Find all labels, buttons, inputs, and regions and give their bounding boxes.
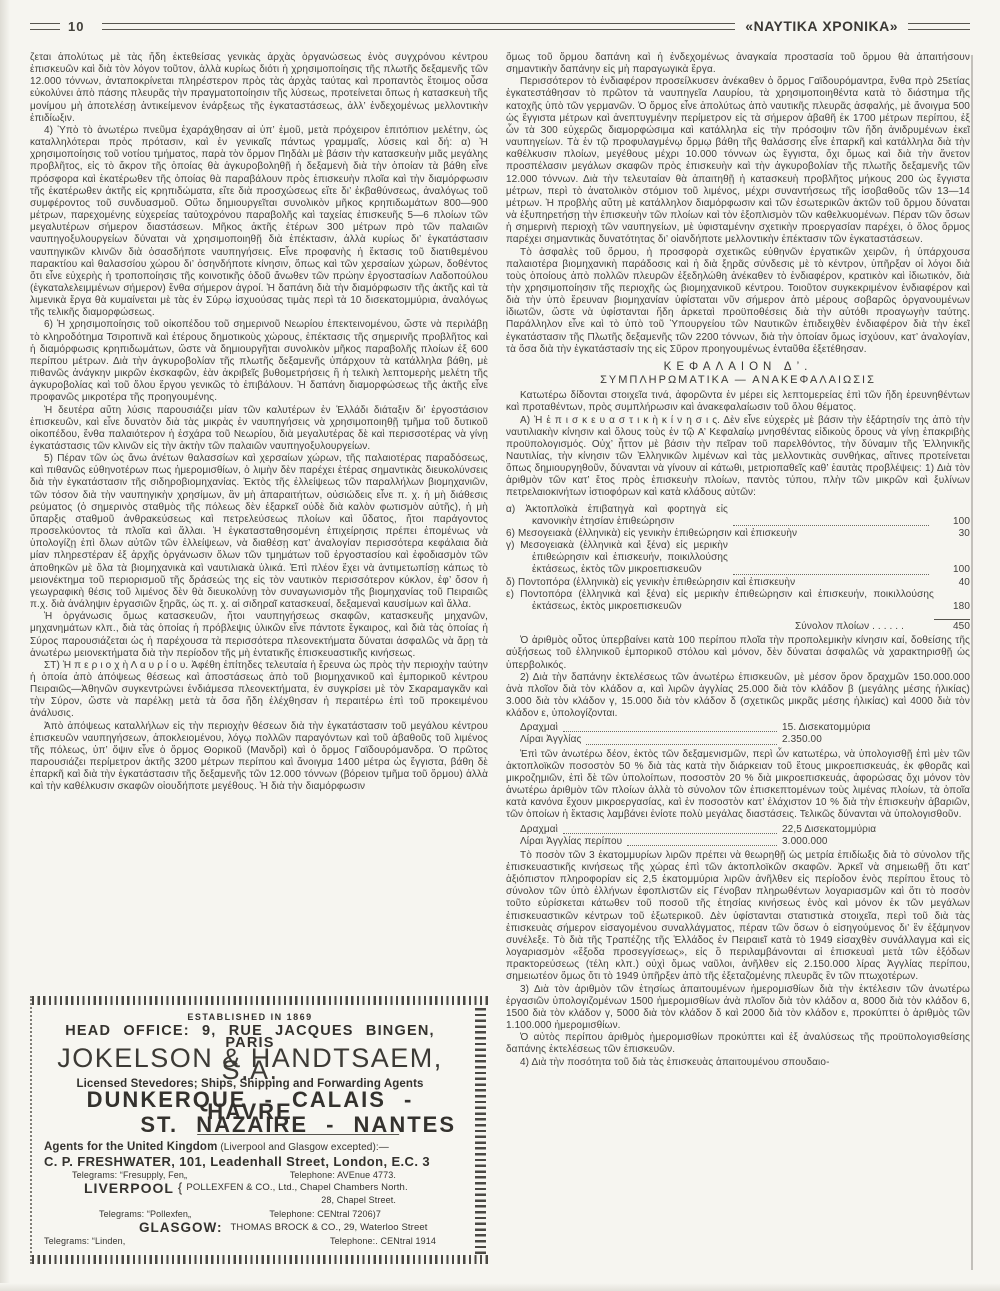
dot-leader [627,845,777,846]
paragraph: 4) Διὰ τὴν ποσότητα τοῦ διὰ τὰς ἐπισκευὰ… [506,1057,970,1069]
ad-liverpool-text: POLLEXFEN & CO., Ltd., Chapel Chambers N… [186,1182,407,1194]
ad-brace: { [178,1182,182,1194]
left-column: ζεται ἀπολύτως μὲ τὰς ἤδη ἐκτεθείσας γεν… [30,52,488,1264]
dot-leader [586,744,777,745]
ad-glasgow-label: GLASGOW: [139,1222,223,1234]
paragraph: 6) Ἡ χρησιμοποίησις τοῦ οἰκοπέδου τοῦ ση… [30,319,488,404]
fleet-row-value: 30 [934,528,970,540]
ad-agents-bold: Agents for the United Kingdom [44,1141,217,1153]
paragraph: 2) Διὰ τὴν δαπάνην ἐκτελέσεως τῶν ἀνωτέρ… [506,672,970,721]
right-column: ὅμως τοῦ ὅρμου δαπάνη καὶ ἡ ἐνδεχομένως … [506,52,970,1264]
dot-leader [563,731,777,732]
fleet-row-label: ε) Ποντοπόρα (ἑλληνικὰ καὶ ξένα) εἰς μερ… [506,589,934,613]
paragraph: Ἐπὶ τῶν ἀνωτέρω δέον, ἐκτὸς τῶν δεξαμενι… [506,749,970,822]
advertisement-jokelson: ESTABLISHED IN 1869 HEAD OFFICE: 9, RUE … [30,996,488,1264]
fleet-row-value: 40 [934,577,970,589]
paragraph: 3) Διὰ τὸν ἀριθμὸν τῶν ἐτησίως ἀπαιτουμέ… [506,984,970,1033]
fleet-row: α) Ἀκτοπλοϊκὰ ἐπιβατηγὰ καὶ φορτηγὰ εἰς … [506,504,970,528]
paragraph: 5) Πέραν τῶν ὡς ἄνω ἀνέτων θαλασσίων καὶ… [30,453,488,611]
cost-label: Δραχμαὶ [506,824,558,836]
cost-value: 22,5 Δισεκατομμύρια [782,824,970,836]
cost-row: Δραχμαὶ 22,5 Δισεκατομμύρια [506,824,970,836]
ad-telegrams-2: Telegrams: “Pollexfen„ [44,1208,191,1220]
cost-value: 2.350.00 [782,734,970,746]
ad-established: ESTABLISHED IN 1869 [44,1011,456,1023]
paragraph: Περισσότερον τὸ ἐνδιαφέρον προσείλκυσεν … [506,76,970,246]
ad-glasgow-text: THOMAS BROCK & CO., 29, Waterloo Street [231,1222,428,1234]
fleet-row-label: γ) Μεσογειακὰ (ἑλληνικὰ καὶ ξένα) εἰς με… [506,540,728,576]
header-rule-middle [102,23,735,30]
ad-liverpool-address2: 28, Chapel Street. [44,1194,456,1206]
chapter-title: ΚΕΦΑΛΑΙΟΝ Δ’. [506,361,970,373]
paragraph: Ἡ δευτέρα αὕτη λύσις παρουσιάζει μίαν τῶ… [30,405,488,454]
fleet-row-label: 6) Μεσογειακὰ (ἑλληνικὰ) εἰς γενικὴν ἐπι… [506,528,934,540]
ad-content: ESTABLISHED IN 1869 HEAD OFFICE: 9, RUE … [44,1011,470,1247]
ad-company-name: JOKELSON & HANDTSAEM, S.A. [44,1052,456,1076]
fleet-row: γ) Μεσογειακὰ (ἑλληνικὰ καὶ ξένα) εἰς με… [506,540,970,576]
scan-edge-left [0,0,10,1291]
paragraph: Τὸ ἀσφαλὲς τοῦ ὅρμου, ἡ προσφορὰ σχετικῶ… [506,247,970,356]
magazine-page: { "page": { "number": "10", "masthead": … [0,0,1000,1291]
header-rule-right [908,23,970,30]
cost-label: Λίραι Ἀγγλίας [506,734,581,746]
cost-row: Λίραι Ἀγγλίας 2.350.00 [506,734,970,746]
ad-contact-row: Telegrams: “Pollexfen„ Telephone: CENtra… [44,1208,456,1220]
chapter-subtitle: ΣΥΜΠΛΗΡΩΜΑΤΙΚΑ — ΑΝΑΚΕΦΑΛΑΙΩΣΙΣ [506,374,970,386]
paragraph: Α) Ἡ ἐ π ι σ κ ε υ α σ τ ι κ ὴ κ ί ν η σ… [506,415,970,500]
fleet-row-value: 100 [934,564,970,576]
ad-telephone-1: Telephone: AVEnue 4773. [290,1169,456,1181]
fleet-table: α) Ἀκτοπλοϊκὰ ἐπιβατηγὰ καὶ φορτηγὰ εἰς … [506,504,970,634]
paragraph: Κατωτέρω δίδονται στοιχεῖα τινά, ἀφορῶντ… [506,390,970,414]
paragraph: ζεται ἀπολύτως μὲ τὰς ἤδη ἐκτεθείσας γεν… [30,52,488,125]
cost-label: Δραχμαὶ [506,722,558,734]
paragraph: Ὁ ἀριθμὸς οὗτος ὑπερβαίνει κατὰ 100 περί… [506,635,970,671]
paragraph: Ἡ ὀργάνωσις ὅμως κατασκευῶν, ἤτοι ναυπηγ… [30,611,488,660]
ad-border-top [32,996,488,1005]
ad-glasgow-row: GLASGOW: THOMAS BROCK & CO., 29, Waterlo… [44,1222,456,1234]
scan-edge-right-line [971,55,973,1270]
ad-border-bottom [32,1255,488,1264]
ad-liverpool-row: LIVERPOOL { POLLEXFEN & CO., Ltd., Chape… [44,1182,456,1194]
fleet-row-value: 100 [934,516,970,528]
cost-label: Λίραι Ἀγγλίας περίπου [506,836,622,848]
fleet-total-value: 450 [934,619,970,633]
scan-edge-bottom [0,1283,1000,1291]
paragraph: ΣΤ) Ἡ π ε ρ ι ο χ ὴ Λ α υ ρ ί ο υ. Ἀφέθη… [30,660,488,721]
fleet-row: 6) Μεσογειακὰ (ἑλληνικὰ) εἰς γενικὴν ἐπι… [506,528,970,540]
two-column-body: ζεται ἀπολύτως μὲ τὰς ἤδη ἐκτεθείσας γεν… [30,52,970,1264]
ad-agents-paren: (Liverpool and Glasgow excepted):— [217,1142,389,1153]
paragraph: Τὸ ποσὸν τῶν 3 ἑκατομμυρίων λιρῶν πρέπει… [506,850,970,984]
fleet-row-label: δ) Ποντοπόρα (ἑλληνικὰ) εἰς γενικὴν ἐπιθ… [506,577,934,589]
cost-row: Λίραι Ἀγγλίας περίπου 3.000.000 [506,836,970,848]
cost-summary-2: Δραχμαὶ 22,5 Δισεκατομμύρια Λίραι Ἀγγλία… [506,824,970,848]
paragraph: 4) Ὑπὸ τὸ ἀνωτέρω πνεῦμα ἐχαράχθησαν αἱ … [30,125,488,320]
ad-telegrams-3: Telegrams: “Linden, [44,1235,125,1247]
paragraph: Ἀπὸ ἀπόψεως καταλλήλων εἰς τὴν περιοχὴν … [30,721,488,794]
header-rule-left [30,23,60,30]
ad-ports-line2: ST. NAZAIRE - NANTES [140,1119,456,1131]
cost-value: 3.000.000 [782,836,970,848]
ad-freshwater-line: C. P. FRESHWATER, 101, Leadenhall Street… [44,1156,456,1168]
paragraph: ὅμως τοῦ ὅρμου δαπάνη καὶ ἡ ἐνδεχομένως … [506,52,970,76]
dot-leader [733,574,929,575]
ad-liverpool-label: LIVERPOOL [84,1182,174,1194]
fleet-total-label: Σύνολον πλοίων . . . . . . [506,621,934,633]
fleet-total-row: Σύνολον πλοίων . . . . . . 450 [506,619,970,633]
fleet-row-label: α) Ἀκτοπλοϊκὰ ἐπιβατηγὰ καὶ φορτηγὰ εἰς … [506,504,728,528]
paragraph: Ὁ αὐτὸς περίπου ἀριθμὸς ἡμερομισθίων προ… [506,1032,970,1056]
cost-summary-1: Δραχμαὶ 15. Δισεκατομμύρια Λίραι Ἀγγλίας… [506,722,970,746]
ad-telephone-3: Telephone:. CENtral 1914 [330,1235,456,1247]
dot-leader [563,833,777,834]
ad-agents-line: Agents for the United Kingdom (Liverpool… [44,1141,456,1154]
left-column-text: ζεται ἀπολύτως μὲ τὰς ἤδη ἐκτεθείσας γεν… [30,52,488,794]
dot-leader [733,525,929,526]
fleet-row: δ) Ποντοπόρα (ἑλληνικὰ) εἰς γενικὴν ἐπιθ… [506,577,970,589]
ad-border-right [475,1006,486,1254]
cost-row: Δραχμαὶ 15. Δισεκατομμύρια [506,722,970,734]
ad-telephone-2: Telephone: CENtral 7206)7 [269,1208,456,1220]
page-header: 10 «ΝΑΥΤΙΚΑ ΧΡΟΝΙΚΑ» [30,18,970,34]
cost-value: 15. Δισεκατομμύρια [782,722,970,734]
fleet-row: ε) Ποντοπόρα (ἑλληνικὰ καὶ ξένα) εἰς μερ… [506,589,970,613]
masthead-title: «ΝΑΥΤΙΚΑ ΧΡΟΝΙΚΑ» [745,18,898,34]
ad-contact-row: Telegrams: “Linden, Telephone:. CENtral … [44,1235,456,1247]
page-number: 10 [68,19,84,34]
fleet-row-value: 180 [934,601,970,613]
